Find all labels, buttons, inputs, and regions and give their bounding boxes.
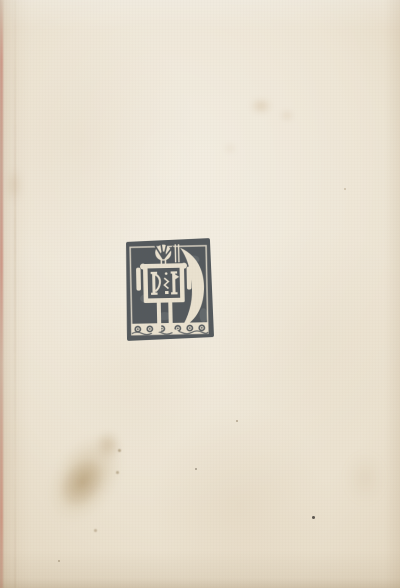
- ink-speck: [58, 560, 60, 562]
- stamp-graphic: [123, 237, 215, 343]
- ink-speck: [195, 468, 197, 470]
- fox-spot: [348, 455, 382, 501]
- ink-speck: [94, 529, 97, 532]
- water-stain-core: [50, 449, 114, 517]
- ink-speck: [118, 449, 121, 452]
- fox-spot: [280, 110, 294, 121]
- ink-speck: [236, 420, 238, 422]
- ink-speck: [312, 516, 315, 519]
- spine-edge-red: [0, 0, 3, 588]
- ink-speck: [116, 471, 119, 474]
- printers-device-stamp: [123, 237, 215, 343]
- fox-spot: [250, 98, 272, 114]
- ink-speck: [344, 188, 346, 190]
- fox-spot: [6, 168, 22, 202]
- spine-crease: [14, 0, 16, 588]
- fox-spot: [224, 144, 236, 153]
- water-stain-lobe: [95, 430, 121, 460]
- water-stain: [31, 418, 140, 538]
- book-cover: [0, 0, 400, 588]
